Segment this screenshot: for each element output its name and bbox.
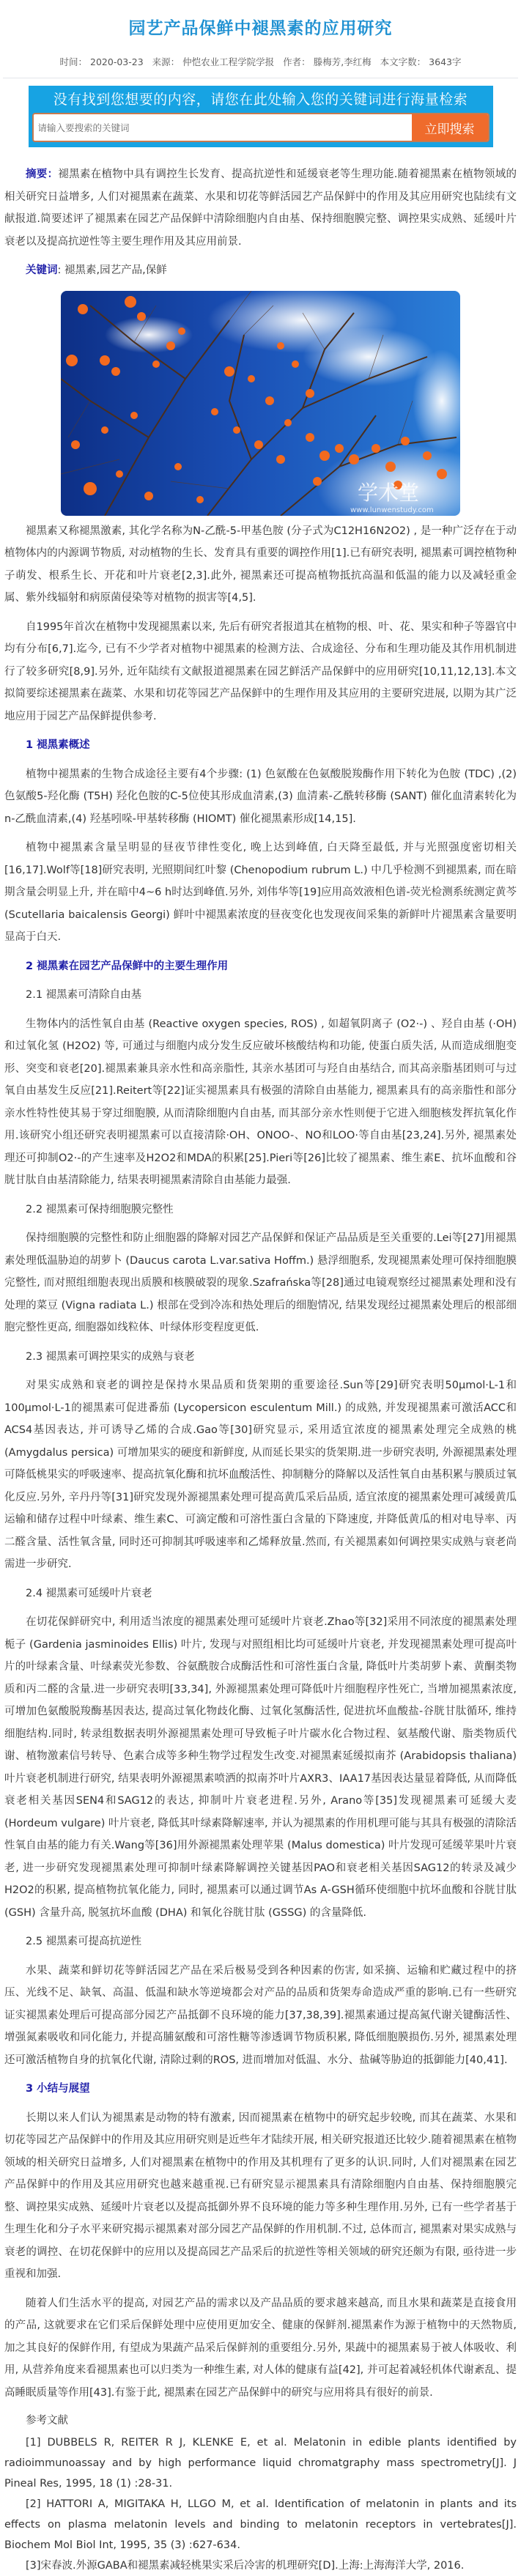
section-heading: 2 褪黑素在园艺产品保鲜中的主要生理作用 [4,955,517,978]
keywords: 关键词: 褪黑素,园艺产品,保鲜 [4,259,517,282]
reference-item: [2] HATTORI A, MIGITAKA H, LLGO M, et al… [4,2494,517,2555]
references: 参考文献 [1] DUBBELS R, REITER R J, KLENKE E… [4,2410,517,2576]
section-heading: 1 褪黑素概述 [4,734,517,757]
section-heading: 3 小结与展望 [4,2078,517,2101]
keywords-label: 关键词 [26,264,58,276]
intro-paragraph: 褪黑素又称褪黑激素, 其化学名称为N-乙酰-5-甲基色胺 (分子式为C12H16… [4,520,517,610]
subsection-heading: 2.4 褪黑素可延缓叶片衰老 [4,1583,517,1605]
article-figure: 学术堂 www.lunwenstudy.com [61,291,460,516]
meta-time: 时间：2020-03-23 [59,56,145,67]
paragraph: 长期以来人们认为褪黑素是动物的特有激素, 因而褪黑素在植物中的研究起步较晚, 而… [4,2107,517,2286]
search-button[interactable]: 立即搜索 [412,114,488,141]
abstract-label: 摘要： [26,169,58,180]
meta-authors: 作者：滕梅芳,李红梅 [281,56,373,67]
abstract: 摘要：褪黑素在植物中具有调控生长发育、提高抗逆性和延缓衰老等生理功能.随着褪黑素… [4,163,517,253]
keywords-text: 褪黑素,园艺产品,保鲜 [64,264,167,276]
reference-item: [3]宋春波.外源GABA和褪黑素减轻桃果实采后冷害的机理研究[D].上海:上海… [4,2555,517,2576]
paragraph: 在切花保鲜研究中, 利用适当浓度的褪黑素处理可延缓叶片衰老.Zhao等[32]采… [4,1611,517,1924]
search-form: 立即搜索 [32,113,489,142]
persimmon-tree-image: 学术堂 www.lunwenstudy.com [61,291,460,516]
search-headline: 没有找到您想要的内容，请您在此处输入您的关键词进行海量检索 [32,89,489,110]
article-page: 园艺产品保鲜中褪黑素的应用研究 时间：2020-03-23 来源：仲恺农业工程学… [0,0,521,2576]
meta-source: 来源：仲恺农业工程学院学报 [151,56,276,67]
subsection-heading: 2.2 褪黑素可保持细胞膜完整性 [4,1199,517,1221]
reference-item: [1] DUBBELS R, REITER R J, KLENKE E, et … [4,2432,517,2494]
paragraph: 植物中褪黑素的生物合成途径主要有4个步骤: (1) 色氨酸在色氨酸脱羧酶作用下转… [4,763,517,831]
search-panel: 没有找到您想要的内容，请您在此处输入您的关键词进行海量检索 立即搜索 [29,86,493,147]
intro-paragraph: 自1995年首次在植物中发现褪黑素以来, 先后有研究者报道其在植物的根、叶、花、… [4,616,517,728]
subsection-heading: 2.3 褪黑素可调控果实的成熟与衰老 [4,1346,517,1369]
paragraph: 生物体内的活性氧自由基 (Reactive oxygen species, RO… [4,1013,517,1192]
article-title: 园艺产品保鲜中褪黑素的应用研究 [3,0,518,41]
meta-wordcount: 本文字数：3643字 [379,56,463,67]
article-meta: 时间：2020-03-23 来源：仲恺农业工程学院学报 作者：滕梅芳,李红梅 本… [3,56,518,78]
watermark-url: www.lunwenstudy.com [350,506,434,514]
subsection-heading: 2.1 褪黑素可清除自由基 [4,984,517,1007]
paragraph: 随着人们生活水平的提高, 对园艺产品的需求以及产品品质的要求越来越高, 而且水果… [4,2292,517,2405]
paragraph: 植物中褪黑素含量呈明显的昼夜节律性变化, 晚上达到峰值, 白天降至最低, 并与光… [4,837,517,949]
paragraph: 水果、蔬菜和鲜切花等鲜活园艺产品在采后极易受到各种因素的伤害, 如采摘、运输和贮… [4,1960,517,2072]
paragraph: 保持细胞膜的完整性和防止细胞器的降解对园艺产品保鲜和保证产品品质是至关重要的.L… [4,1227,517,1339]
subsection-heading: 2.5 褪黑素可提高抗逆性 [4,1931,517,1953]
paragraph: 对果实成熟和衰老的调控是保持水果品质和货架期的重要途径.Sun等[29]研究表明… [4,1374,517,1576]
references-title: 参考文献 [4,2410,517,2431]
article-body: 摘要：褪黑素在植物中具有调控生长发育、提高抗逆性和延缓衰老等生理功能.随着褪黑素… [3,163,518,2576]
search-input[interactable] [34,114,412,141]
watermark: 学术堂 [358,481,419,505]
abstract-text: 褪黑素在植物中具有调控生长发育、提高抗逆性和延缓衰老等生理功能.随着褪黑素在植物… [4,169,517,248]
